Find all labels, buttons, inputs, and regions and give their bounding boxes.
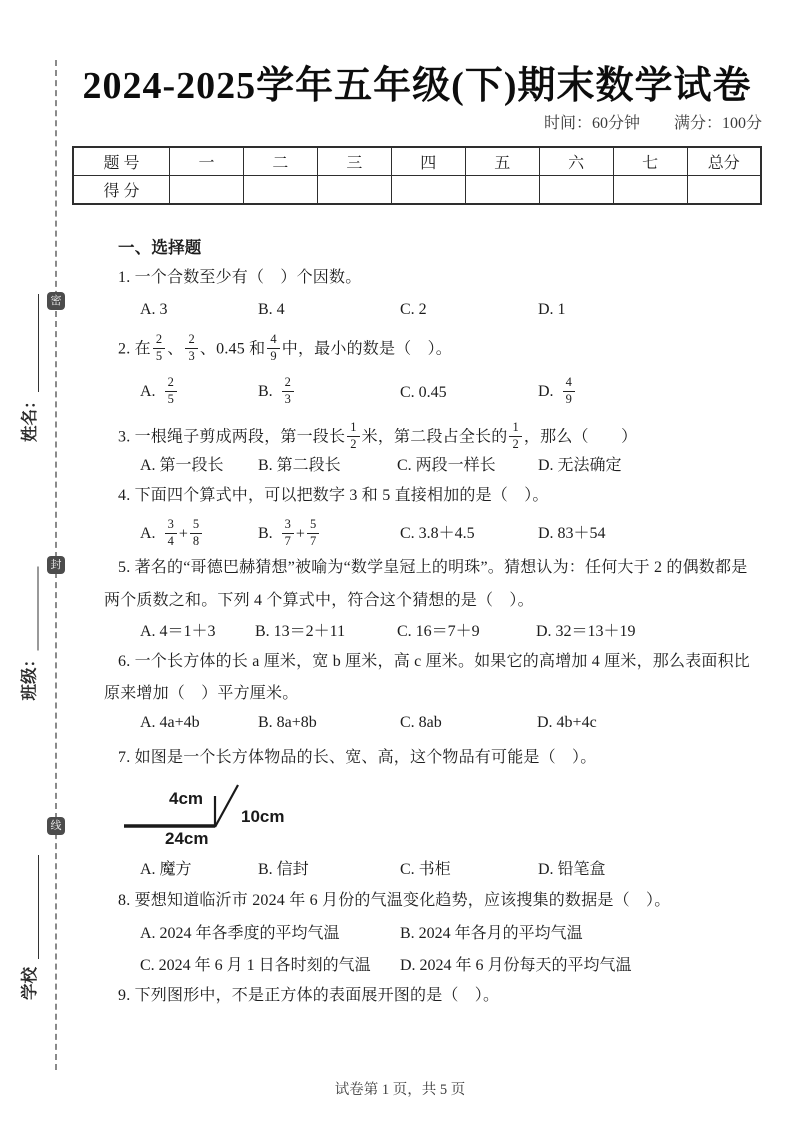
question-6-line2: 原来增加（ ）平方厘米。 xyxy=(104,684,298,704)
score-table-score-row: 得 分 xyxy=(73,176,761,205)
q1-option-c: C. 2 xyxy=(400,300,427,320)
page-footer: 试卷第 1 页，共 5 页 xyxy=(60,1078,740,1099)
exam-paper-page: 密 封 线 姓名： 班级： 学校 2024-2025学年五年级(下)期末数学试卷… xyxy=(0,0,793,1122)
school-field: 学校 xyxy=(16,830,38,1000)
page-title: 2024-2025学年五年级(下)期末数学试卷 xyxy=(72,54,762,109)
q4-option-b: B.37+57 xyxy=(258,516,321,552)
q6-option-d: D. 4b+4c xyxy=(537,713,597,733)
q1-option-b: B. 4 xyxy=(258,300,285,320)
q2-option-d: D.49 xyxy=(538,374,577,410)
score-table-cell: 五 xyxy=(465,147,539,176)
question-8: 8. 要想知道临沂市 2024 年 6 月份的气温变化趋势，应该搜集的数据是（ … xyxy=(118,891,670,911)
score-table-cell: 六 xyxy=(539,147,613,176)
q7-option-b: B. 信封 xyxy=(258,860,309,880)
question-6-line1: 6. 一个长方体的长 a 厘米，宽 b 厘米，高 c 厘米。如果它的高增加 4 … xyxy=(118,652,750,672)
fraction: 37 xyxy=(282,518,294,549)
q6-option-b: B. 8a+8b xyxy=(258,713,317,733)
fraction: 25 xyxy=(153,333,165,364)
score-cell-empty xyxy=(317,176,391,205)
question-4: 4. 下面四个算式中，可以把数字 3 和 5 直接相加的是（ ）。 xyxy=(118,486,549,506)
fraction: 57 xyxy=(307,518,319,549)
name-field: 姓名： xyxy=(16,272,38,442)
q4-option-a: A.34+58 xyxy=(140,516,204,552)
score-row-label: 得 分 xyxy=(73,176,170,205)
fraction: 23 xyxy=(185,333,197,364)
q8-option-a: A. 2024 年各季度的平均气温 xyxy=(140,924,340,944)
score-cell-empty xyxy=(687,176,761,205)
q1-option-d: D. 1 xyxy=(538,300,566,320)
q5-option-b: B. 13＝2＋11 xyxy=(255,622,345,642)
score-table-cell: 三 xyxy=(317,147,391,176)
question-5-line1: 5. 著名的“哥德巴赫猜想”被喻为“数学皇冠上的明珠”。猜想认为：任何大于 2 … xyxy=(118,558,747,578)
q2-text: 、 xyxy=(167,340,183,357)
q3-option-b: B. 第二段长 xyxy=(258,456,341,476)
dimension-figure: 4cm 24cm 10cm xyxy=(112,776,307,858)
fraction: 49 xyxy=(563,376,575,407)
q2-option-c: C. 0.45 xyxy=(400,383,447,403)
q1-option-a: A. 3 xyxy=(140,300,168,320)
length-dimension-label: 24cm xyxy=(165,829,208,848)
class-blank xyxy=(23,567,38,651)
width-dimension-label: 4cm xyxy=(169,789,203,808)
q8-option-b: B. 2024 年各月的平均气温 xyxy=(400,924,583,944)
q3-option-c: C. 两段一样长 xyxy=(397,456,496,476)
school-blank xyxy=(24,855,39,959)
fraction: 49 xyxy=(267,333,279,364)
fraction: 12 xyxy=(509,421,521,452)
height-dimension-label: 10cm xyxy=(241,807,284,826)
q8-option-c: C. 2024 年 6 月 1 日各时刻的气温 xyxy=(140,956,371,976)
seal-stamp-feng: 封 xyxy=(47,556,65,574)
score-cell-empty xyxy=(391,176,465,205)
score-cell-empty xyxy=(170,176,244,205)
score-table-cell: 二 xyxy=(243,147,317,176)
score-table: 题 号 一 二 三 四 五 六 七 总分 得 分 xyxy=(72,146,762,205)
score-table-header-row: 题 号 一 二 三 四 五 六 七 总分 xyxy=(73,147,761,176)
q2-text: 中，最小的数是（ ）。 xyxy=(282,340,452,357)
q2-text: 、0.45 和 xyxy=(200,340,265,357)
q5-option-a: A. 4＝1＋3 xyxy=(140,622,216,642)
question-3: 3. 一根绳子剪成两段，第一段长12米，第二段占全长的12，那么（ ） xyxy=(118,418,637,456)
score-cell-empty xyxy=(613,176,687,205)
question-7: 7. 如图是一个长方体物品的长、宽、高，这个物品有可能是（ ）。 xyxy=(118,748,596,768)
q3-option-a: A. 第一段长 xyxy=(140,456,224,476)
q7-option-c: C. 书柜 xyxy=(400,860,451,880)
q6-option-c: C. 8ab xyxy=(400,713,442,733)
fraction: 34 xyxy=(165,518,177,549)
exam-time: 时间：60分钟 xyxy=(544,115,640,132)
section-heading: 一、选择题 xyxy=(118,238,202,258)
q4-option-c: C. 3.8＋4.5 xyxy=(400,524,475,544)
q7-option-a: A. 魔方 xyxy=(140,860,192,880)
score-cell-empty xyxy=(539,176,613,205)
score-cell-empty xyxy=(465,176,539,205)
score-table-cell: 一 xyxy=(170,147,244,176)
class-field: 班级： xyxy=(16,546,38,701)
q2-text: 2. 在 xyxy=(118,340,151,357)
exam-full-score: 满分：100分 xyxy=(674,115,762,132)
score-table-cell: 总分 xyxy=(687,147,761,176)
q5-option-d: D. 32＝13＋19 xyxy=(536,622,636,642)
q3-text: 米，第二段占全长的 xyxy=(362,428,508,445)
question-5-line2: 两个质数之和。下列 4 个算式中，符合这个猜想的是（ ）。 xyxy=(104,591,534,611)
q4-option-d: D. 83＋54 xyxy=(538,524,606,544)
fraction: 58 xyxy=(190,518,202,549)
q7-option-d: D. 铅笔盒 xyxy=(538,860,606,880)
q3-text: 3. 一根绳子剪成两段，第一段长 xyxy=(118,428,345,445)
school-label: 学校 xyxy=(20,967,39,1000)
score-table-cell: 题 号 xyxy=(73,147,170,176)
q5-option-c: C. 16＝7＋9 xyxy=(397,622,480,642)
score-table-cell: 七 xyxy=(613,147,687,176)
name-blank xyxy=(24,295,39,393)
score-table-cell: 四 xyxy=(391,147,465,176)
seal-stamp-mi: 密 xyxy=(47,292,65,310)
exam-info: 时间：60分钟满分：100分 xyxy=(72,110,762,133)
q3-option-d: D. 无法确定 xyxy=(538,456,622,476)
fraction: 25 xyxy=(165,376,177,407)
seal-stamp-xian: 线 xyxy=(47,817,65,835)
name-label: 姓名： xyxy=(20,393,39,443)
q8-option-d: D. 2024 年 6 月份每天的平均气温 xyxy=(400,956,632,976)
q6-option-a: A. 4a+4b xyxy=(140,713,200,733)
class-label: 班级： xyxy=(20,651,39,701)
fraction: 12 xyxy=(347,421,359,452)
question-2: 2. 在25、23、0.45 和49中，最小的数是（ ）。 xyxy=(118,330,452,368)
height-line xyxy=(215,785,238,827)
q3-text: ，那么（ ） xyxy=(524,428,637,445)
q2-option-a: A.25 xyxy=(140,374,179,410)
q2-option-b: B.23 xyxy=(258,374,296,410)
fraction: 23 xyxy=(282,376,294,407)
question-1: 1. 一个合数至少有（ ）个因数。 xyxy=(118,268,361,288)
score-cell-empty xyxy=(243,176,317,205)
question-9: 9. 下列图形中，不是正方体的表面展开图的是（ ）。 xyxy=(118,986,499,1006)
